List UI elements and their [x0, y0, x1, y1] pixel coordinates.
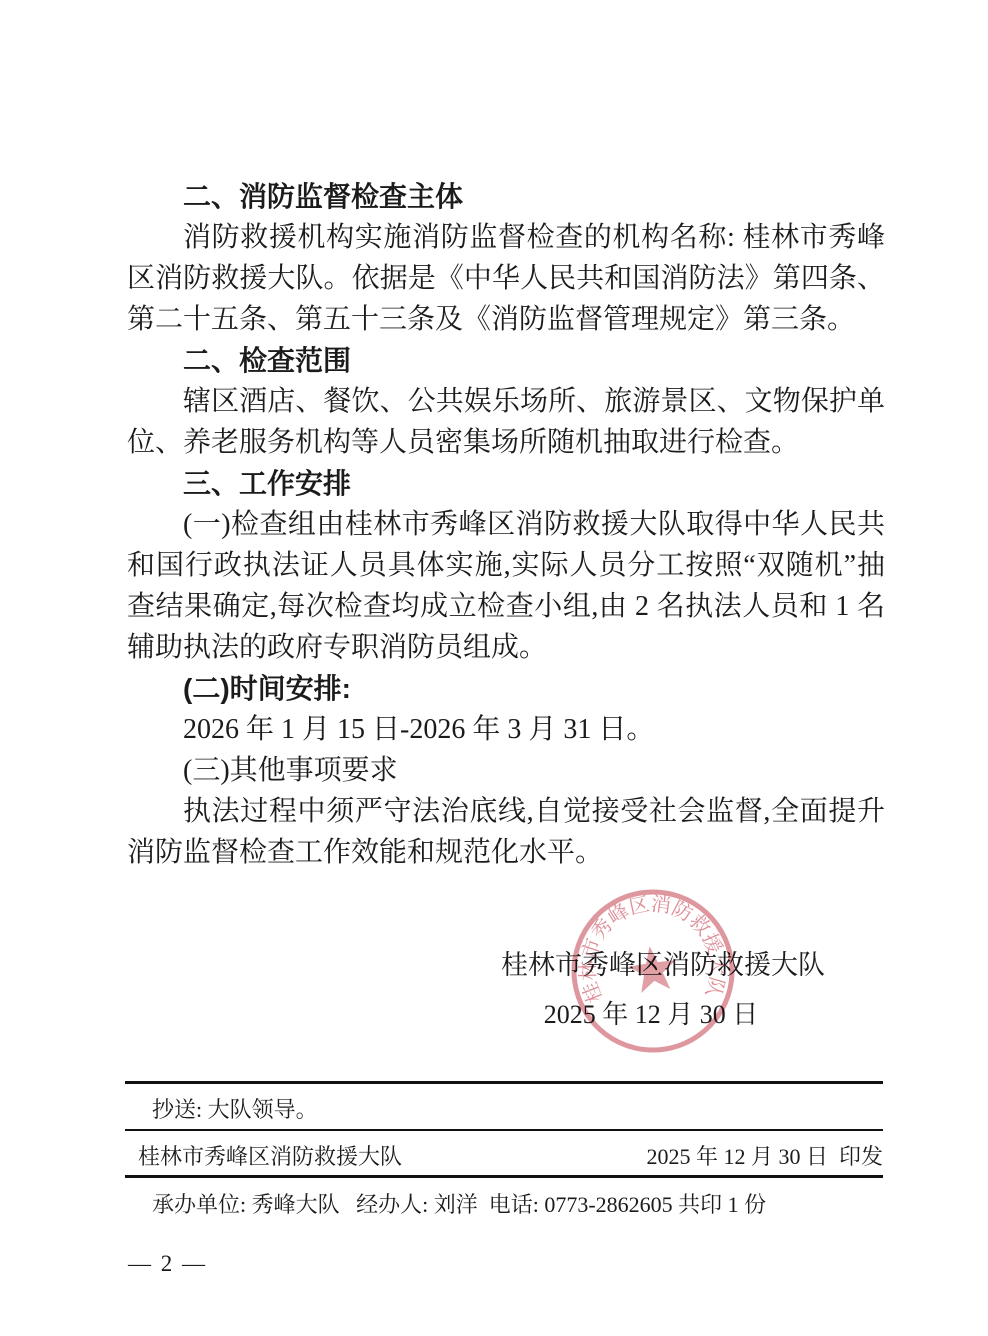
heading-inspection-scope: 二、检查范围: [127, 340, 885, 381]
footer-contact-line: 承办单位: 秀峰大队 经办人: 刘洋 电话: 0773-2862605 共印 1…: [152, 1190, 766, 1220]
signature-organization: 桂林市秀峰区消防救援大队: [463, 948, 863, 982]
document-body: 二、消防监督检查主体 消防救援机构实施消防监督检查的机构名称: 桂林市秀峰区消防…: [127, 176, 885, 873]
footer-cc-line: 抄送: 大队领导。: [152, 1095, 318, 1125]
paragraph-inspection-subject: 消防救援机构实施消防监督检查的机构名称: 桂林市秀峰区消防救援大队。依据是《中华…: [127, 217, 885, 340]
subheading-other-requirements: (三)其他事项要求: [127, 750, 885, 791]
paragraph-inspection-team: (一)检查组由桂林市秀峰区消防救援大队取得中华人民共和国行政执法证人员具体实施,…: [127, 504, 885, 668]
paragraph-other-requirements: 执法过程中须严守法治底线,自觉接受社会监督,全面提升消防监督检查工作效能和规范化…: [127, 791, 885, 873]
page-number: — 2 —: [128, 1251, 207, 1277]
footer-rule-middle: [125, 1129, 883, 1131]
footer-issuer: 桂林市秀峰区消防救援大队: [138, 1142, 402, 1172]
footer-rule-bottom: [125, 1175, 883, 1178]
heading-inspection-subject: 二、消防监督检查主体: [127, 176, 885, 217]
subheading-time-arrangement: (二)时间安排:: [127, 668, 885, 709]
paragraph-time-range: 2026 年 1 月 15 日-2026 年 3 月 31 日。: [127, 709, 885, 750]
signature-date: 2025 年 12 月 30 日: [451, 998, 851, 1032]
heading-work-arrangement: 三、工作安排: [127, 463, 885, 504]
footer-issue-date: 2025 年 12 月 30 日 印发: [646, 1142, 883, 1172]
document-page: 二、消防监督检查主体 消防救援机构实施消防监督检查的机构名称: 桂林市秀峰区消防…: [0, 0, 988, 1336]
footer-rule-top: [125, 1081, 883, 1084]
paragraph-inspection-scope: 辖区酒店、餐饮、公共娱乐场所、旅游景区、文物保护单位、养老服务机构等人员密集场所…: [127, 381, 885, 463]
